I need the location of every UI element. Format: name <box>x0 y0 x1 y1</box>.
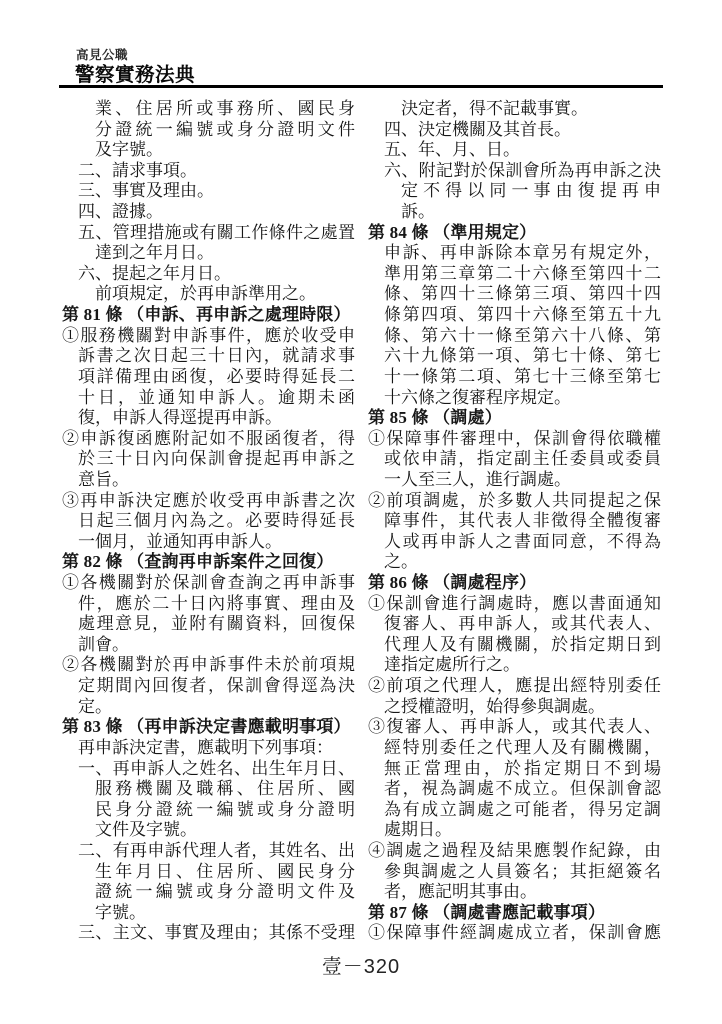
body-text-line: 件，應於二十日內將事實、理由及 <box>62 594 355 615</box>
body-text-line: 六、附記對於保訓會所為再申訴之決 <box>368 161 661 182</box>
article-heading: 第 87 條 （調處書應記載事項） <box>368 903 661 924</box>
body-text-line: 訴書之次日起三十日內，就請求事 <box>62 346 355 367</box>
body-text-line: ④調處之過程及結果應製作紀錄，由 <box>368 841 661 862</box>
body-text-line: 之。 <box>368 552 661 573</box>
page-number: 壹－320 <box>322 956 400 978</box>
body-text-line: 決定者，得不記載事實。 <box>368 99 661 120</box>
body-text-line: 或依申請，指定副主任委員或委員 <box>368 449 661 470</box>
text-column-right: 決定者，得不記載事實。四、決定機關及其首長。五、年、月、日。六、附記對於保訓會所… <box>368 99 661 944</box>
body-text-line: 為有成立調處之可能者，得另定調 <box>368 800 661 821</box>
body-text-line: 十一條第二項、第七十三條至第七 <box>368 367 661 388</box>
body-text-line: 處理意見，並附有關資料，回復保 <box>62 614 355 635</box>
body-text-line: ①服務機關對申訴事件，應於收受申 <box>62 326 355 347</box>
body-text-line: 意旨。 <box>62 470 355 491</box>
body-text-line: ①保障事件經調處成立者，保訓會應 <box>368 923 661 944</box>
article-heading: 第 86 條 （調處程序） <box>368 573 661 594</box>
body-text-line: 五、年、月、日。 <box>368 140 661 161</box>
body-text-line: 五、管理措施或有關工作條件之處置 <box>62 223 355 244</box>
body-text-line: ①保障事件審理中，保訓會得依職權 <box>368 429 661 450</box>
article-heading: 第 83 條 （再申訴決定書應載明事項） <box>62 717 355 738</box>
body-text-line: 達指定處所行之。 <box>368 655 661 676</box>
body-text-line: 及字號。 <box>62 140 355 161</box>
body-text-line: 生年月日、住居所、國民身分 <box>62 862 355 883</box>
body-text-line: 訓會。 <box>62 635 355 656</box>
body-text-line: ③復審人、再申訴人，或其代表人、 <box>368 717 661 738</box>
body-text-line: 三、事實及理由。 <box>62 181 355 202</box>
body-text-line: 條、第六十一條至第六十八條、第 <box>368 326 661 347</box>
article-heading: 第 84 條 （準用規定） <box>368 223 661 244</box>
body-text-line: ③再申訴決定應於收受再申訴書之次 <box>62 491 355 512</box>
body-text-line: 服務機關及職稱、住居所、國 <box>62 779 355 800</box>
body-text-line: ①各機關對於保訓會查詢之再申訴事 <box>62 573 355 594</box>
body-text-line: 訴。 <box>368 202 661 223</box>
text-column-left: 業、住居所或事務所、國民身分證統一編號或身分證明文件及字號。二、請求事項。三、事… <box>62 99 355 944</box>
body-text-line: 民身分證統一編號或身分證明 <box>62 800 355 821</box>
body-text-line: 三、主文、事實及理由；其係不受理 <box>62 923 355 944</box>
book-page: 高見公職 警察實務法典 業、住居所或事務所、國民身分證統一編號或身分證明文件及字… <box>0 0 722 1024</box>
body-text-line: 四、證據。 <box>62 202 355 223</box>
book-title: 警察實務法典 <box>75 59 195 87</box>
body-text-line: 處期日。 <box>368 820 661 841</box>
body-text-line: ②各機關對於再申訴事件未於前項規 <box>62 655 355 676</box>
article-heading: 第 85 條 （調處） <box>368 408 661 429</box>
body-text-line: 代理人及有關機關，於指定期日到 <box>368 635 661 656</box>
article-heading: 第 81 條 （申訴、再申訴之處理時限） <box>62 305 355 326</box>
body-text-line: 準用第三章第二十六條至第四十二 <box>368 264 661 285</box>
body-text-line: 分證統一編號或身分證明文件 <box>62 120 355 141</box>
body-text-line: 定期間內回復者，保訓會得逕為決 <box>62 676 355 697</box>
body-text-line: 條、第四十三條第三項、第四十四 <box>368 284 661 305</box>
body-text-line: 再申訴決定書，應載明下列事項： <box>62 738 355 759</box>
body-text-line: 者，視為調處不成立。但保訓會認 <box>368 779 661 800</box>
body-text-line: 復審人、再申訴人，或其代表人、 <box>368 614 661 635</box>
body-text-line: 項詳備理由函復，必要時得延長二 <box>62 367 355 388</box>
body-text-line: 前項規定，於再申訴準用之。 <box>62 284 355 305</box>
body-text-line: 十日，並通知申訴人。逾期未函 <box>62 388 355 409</box>
body-text-line: 人或再申訴人之書面同意，不得為 <box>368 532 661 553</box>
body-text-line: 證統一編號或身分證明文件及 <box>62 882 355 903</box>
body-text-line: 無正當理由，於指定期日不到場 <box>368 759 661 780</box>
body-text-line: 參與調處之人員簽名；其拒絕簽名 <box>368 862 661 883</box>
body-text-line: 文件及字號。 <box>62 820 355 841</box>
body-text-line: 十六條之復審程序規定。 <box>368 388 661 409</box>
body-text-line: 一個月，並通知再申訴人。 <box>62 532 355 553</box>
article-heading: 第 82 條 （查詢再申訴案件之回復） <box>62 552 355 573</box>
body-text-line: 六十九條第一項、第七十條、第七 <box>368 346 661 367</box>
body-text-line: 復，申訴人得逕提再申訴。 <box>62 408 355 429</box>
body-text-line: 之授權證明，始得參與調處。 <box>368 697 661 718</box>
body-text-line: 一、再申訴人之姓名、出生年月日、 <box>62 759 355 780</box>
body-text-line: 日起三個月內為之。必要時得延長 <box>62 511 355 532</box>
body-text-line: 經特別委任之代理人及有關機關， <box>368 738 661 759</box>
body-text-line: ②前項之代理人，應提出經特別委任 <box>368 676 661 697</box>
body-text-line: ①保訓會進行調處時，應以書面通知 <box>368 594 661 615</box>
body-text-line: ②前項調處，於多數人共同提起之保 <box>368 491 661 512</box>
body-text-line: 申訴、再申訴除本章另有規定外， <box>368 243 661 264</box>
body-text-line: 於三十日內向保訓會提起再申訴之 <box>62 449 355 470</box>
body-text-line: 條第四項、第四十六條至第五十九 <box>368 305 661 326</box>
body-text-line: 一人至三人，進行調處。 <box>368 470 661 491</box>
body-text-line: 障事件，其代表人非徵得全體復審 <box>368 511 661 532</box>
body-text-line: 業、住居所或事務所、國民身 <box>62 99 355 120</box>
body-text-line: 定。 <box>62 697 355 718</box>
body-text-line: 達到之年月日。 <box>62 243 355 264</box>
body-text-line: 二、有再申訴代理人者，其姓名、出 <box>62 841 355 862</box>
page-footer: 壹－320 <box>0 950 722 979</box>
body-text-line: ②申訴復函應附記如不服函復者，得 <box>62 429 355 450</box>
body-text-line: 四、決定機關及其首長。 <box>368 120 661 141</box>
body-text-line: 二、請求事項。 <box>62 161 355 182</box>
header-divider <box>59 85 663 88</box>
body-text-line: 六、提起之年月日。 <box>62 264 355 285</box>
body-text-line: 定不得以同一事由復提再申 <box>368 181 661 202</box>
body-text-line: 字號。 <box>62 903 355 924</box>
body-text-line: 者，應記明其事由。 <box>368 882 661 903</box>
